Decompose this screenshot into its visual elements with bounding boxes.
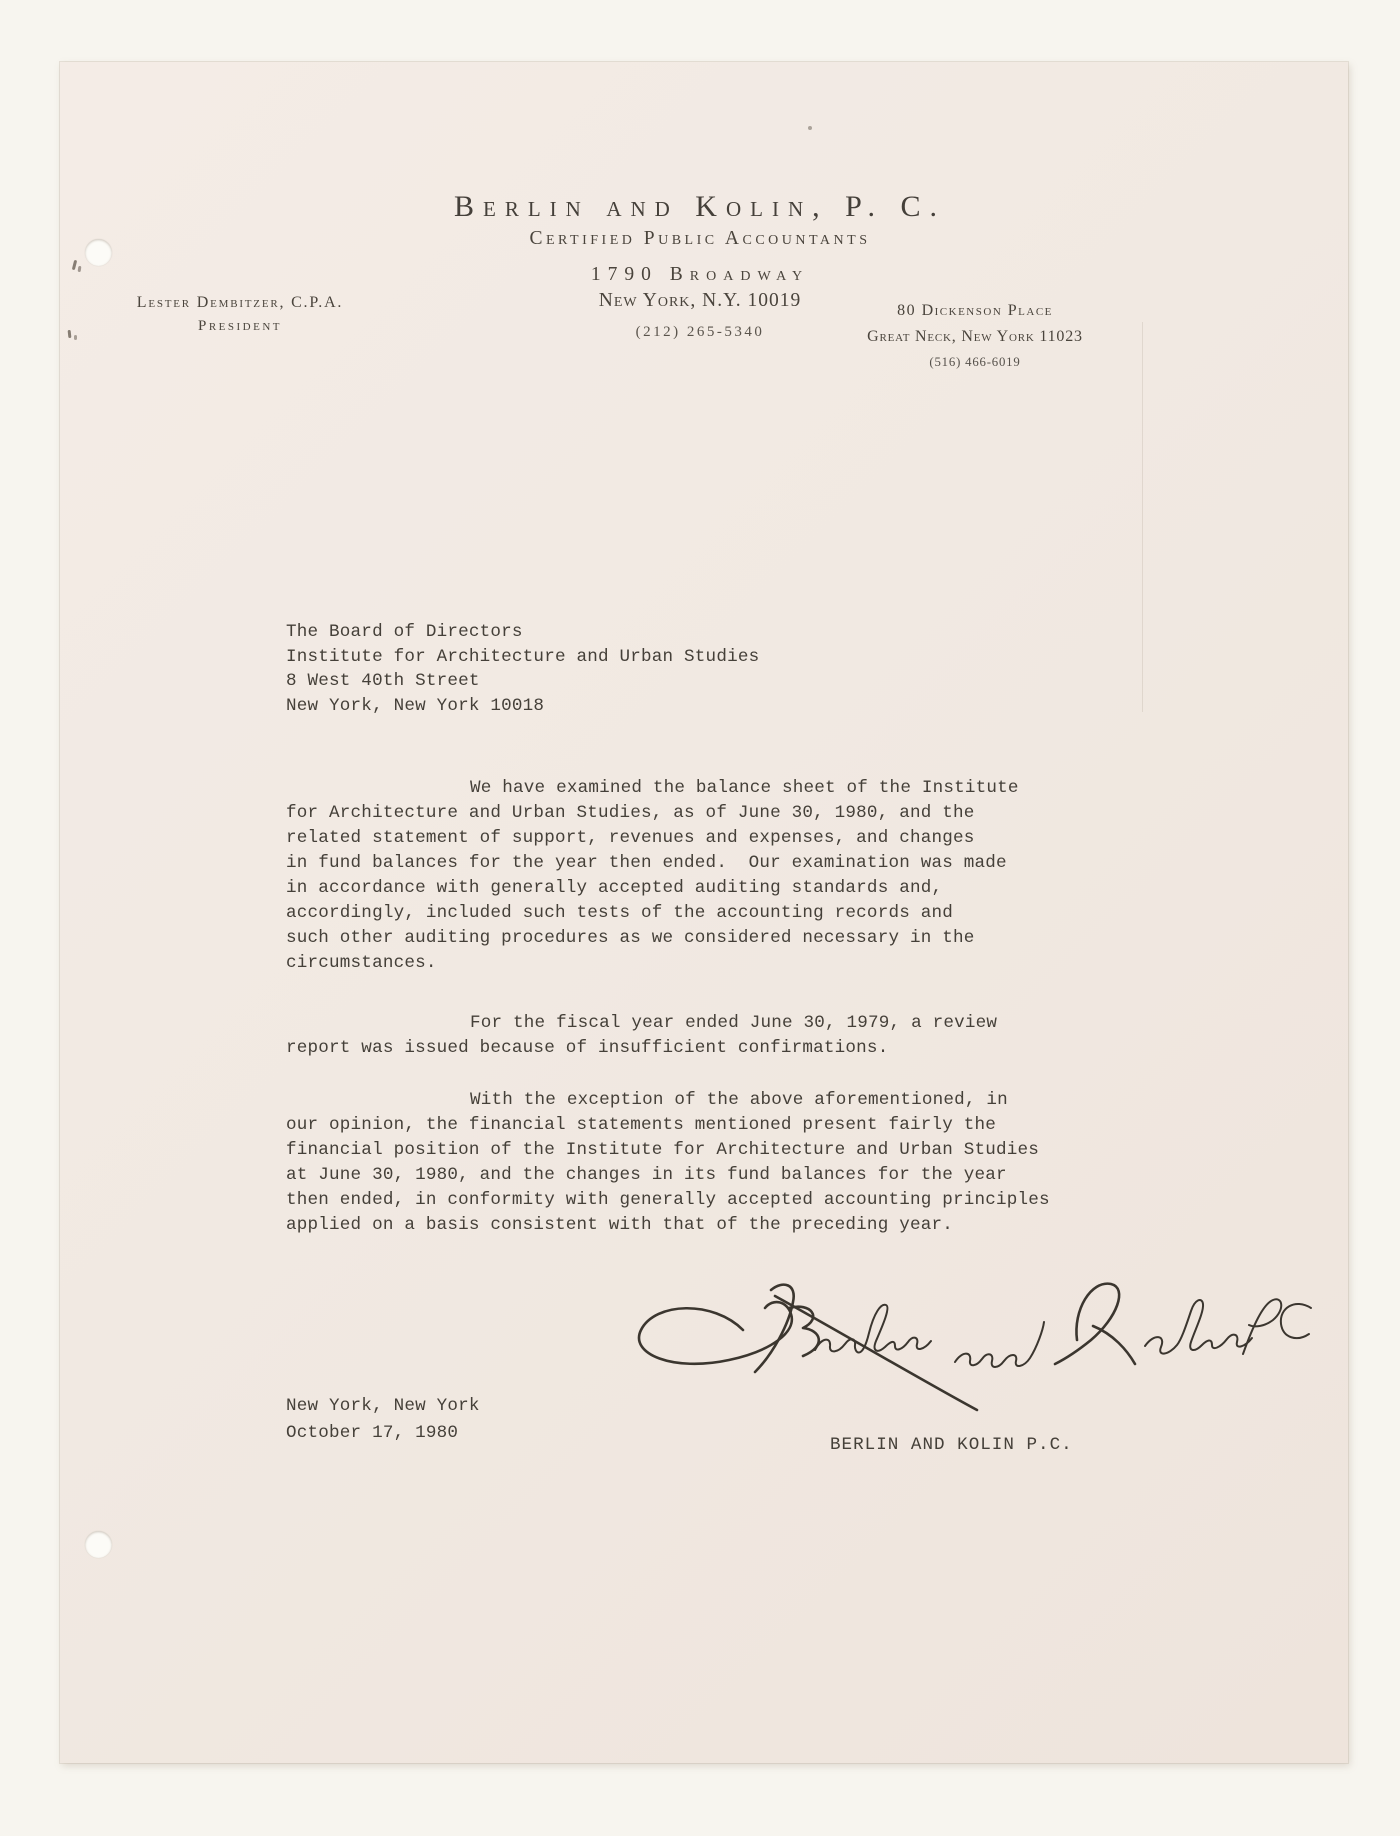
- pen-mark: [78, 266, 82, 272]
- punch-hole-bottom: [85, 1531, 112, 1558]
- paragraph-2: For the fiscal year ended June 30, 1979,…: [286, 1011, 997, 1061]
- officer-name: Lester Dembitzer, C.P.A.: [100, 294, 380, 312]
- body-line: at June 30, 1980, and the changes in its…: [286, 1163, 1050, 1188]
- paper-speck: [808, 126, 812, 130]
- recipient-line: Institute for Architecture and Urban Stu…: [286, 645, 759, 670]
- branch-address-city: Great Neck, New York 11023: [825, 328, 1125, 346]
- firm-address-street: 1790 Broadway: [480, 264, 920, 286]
- branch-phone: (516) 466-6019: [825, 355, 1125, 370]
- body-line: circumstances.: [286, 951, 1019, 976]
- body-line: applied on a basis consistent with that …: [286, 1213, 1050, 1238]
- officer-title: President: [100, 318, 380, 335]
- body-line: We have examined the balance sheet of th…: [286, 776, 1019, 801]
- body-line: report was issued because of insufficien…: [286, 1036, 997, 1061]
- recipient-line: New York, New York 10018: [286, 694, 759, 719]
- firm-subtitle: Certified Public Accountants: [430, 228, 970, 250]
- body-line: With the exception of the above aforemen…: [286, 1088, 1050, 1113]
- body-line: such other auditing procedures as we con…: [286, 926, 1019, 951]
- firm-phone: (212) 265-5340: [530, 324, 870, 341]
- pen-mark: [72, 260, 77, 270]
- body-line: in fund balances for the year then ended…: [286, 851, 1019, 876]
- pen-mark: [68, 330, 72, 338]
- paper-crease: [1142, 322, 1143, 712]
- recipient-line: The Board of Directors: [286, 620, 759, 645]
- body-line: then ended, in conformity with generally…: [286, 1188, 1050, 1213]
- paragraph-3: With the exception of the above aforemen…: [286, 1088, 1050, 1238]
- body-line: in accordance with generally accepted au…: [286, 876, 1019, 901]
- typed-firm-name: BERLIN AND KOLIN P.C.: [830, 1435, 1073, 1455]
- closing-place-date: New York, New York October 17, 1980: [286, 1393, 480, 1447]
- body-line: For the fiscal year ended June 30, 1979,…: [286, 1011, 997, 1036]
- body-line: financial position of the Institute for …: [286, 1138, 1050, 1163]
- firm-name: Berlin and Kolin, P. C.: [380, 190, 1020, 224]
- closing-date: October 17, 1980: [286, 1420, 480, 1447]
- branch-address-street: 80 Dickenson Place: [825, 302, 1125, 320]
- closing-place: New York, New York: [286, 1393, 480, 1420]
- pen-mark: [74, 335, 77, 340]
- body-line: related statement of support, revenues a…: [286, 826, 1019, 851]
- recipient-line: 8 West 40th Street: [286, 669, 759, 694]
- handwritten-signature: [625, 1274, 1315, 1424]
- scanned-letter: Berlin and Kolin, P. C. Certified Public…: [0, 0, 1400, 1836]
- letter-page: Berlin and Kolin, P. C. Certified Public…: [60, 62, 1348, 1763]
- body-line: our opinion, the financial statements me…: [286, 1113, 1050, 1138]
- punch-hole-top: [85, 239, 112, 266]
- recipient-address: The Board of Directors Institute for Arc…: [286, 620, 759, 718]
- body-line: for Architecture and Urban Studies, as o…: [286, 801, 1019, 826]
- body-line: accordingly, included such tests of the …: [286, 901, 1019, 926]
- paragraph-1: We have examined the balance sheet of th…: [286, 776, 1019, 976]
